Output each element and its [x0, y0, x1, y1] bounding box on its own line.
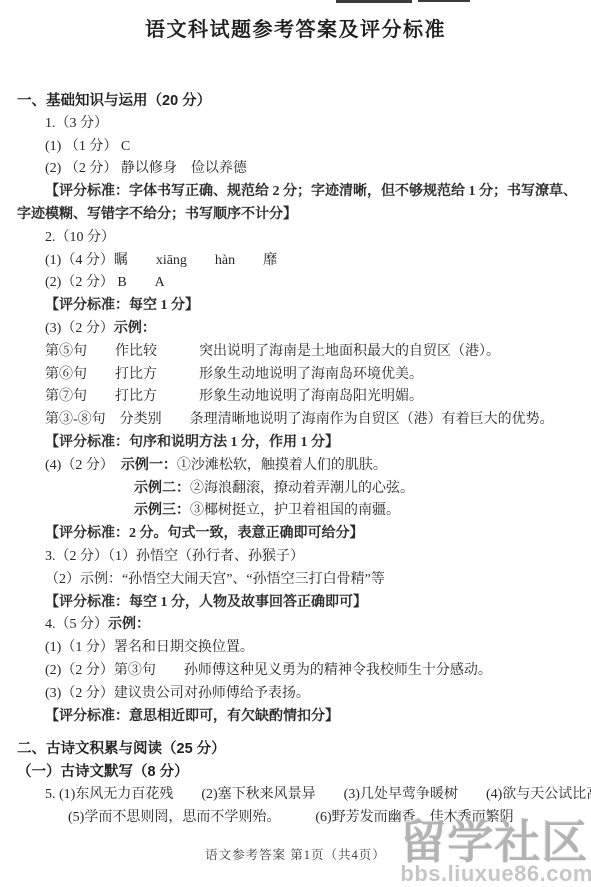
scan-artifact [336, 0, 412, 3]
text-segment-bold: 示例一： [121, 458, 177, 473]
text-segment-bold: 示例： [108, 617, 150, 632]
text-line: 第⑤句 作比较 突出说明了海南是土地面积最大的自贸区（港）。 [0, 341, 591, 364]
scoring-standard: 【评分标准：每空 1 分，人物及故事回答正确即可】 [0, 592, 591, 615]
scoring-standard: 【评分标准：意思相近即可，有欠缺酌情扣分】 [0, 706, 591, 729]
text-line: 3.（2 分）（1）孙悟空（孙行者、孙猴子） [0, 546, 591, 569]
text-segment-bold: 示例： [114, 321, 156, 336]
text-line: 第⑦句 打比方 形象生动地说明了海南岛阳光明媚。 [0, 386, 591, 409]
text-segment: 4.（5 分） [45, 617, 108, 632]
watermark-url: bbs.liuxue86.com [400, 863, 591, 885]
text-line: (1)（1 分）署名和日期交换位置。 [0, 637, 591, 660]
text-segment: ②海浪翻滚，撩动着弄潮儿的心弦。 [190, 481, 414, 496]
text-line: (1) （1 分） C [0, 136, 591, 159]
text-line: 4.（5 分）示例： [0, 614, 591, 637]
text-line: 5. (1)东风无力百花残 (2)塞下秋来风景异 (3)几处早莺争暖树 (4)欲… [0, 784, 591, 807]
text-line: 示例三：③椰树挺立，护卫着祖国的南疆。 [0, 500, 591, 523]
text-line: 示例二：②海浪翻滚，撩动着弄潮儿的心弦。 [0, 478, 591, 501]
page-title: 语文科试题参考答案及评分标准 [0, 0, 591, 42]
text-line: (1)（4 分）瞩 xiāng hàn 靡 [0, 250, 591, 273]
text-line: (2)（2 分） B A [0, 272, 591, 295]
text-segment-bold: 示例二： [134, 481, 190, 496]
page-footer: 语文参考答案 第1页（共4页） [0, 845, 591, 863]
text-segment: ③椰树挺立，护卫着祖国的南疆。 [190, 503, 400, 518]
text-line: 第⑥句 打比方 形象生动地说明了海南岛环境优美。 [0, 364, 591, 387]
scoring-standard: 【评分标准：每空 1 分】 [0, 295, 591, 318]
subsection-heading: （一）古诗文默写（8 分） [0, 761, 591, 784]
text-line: (2) （2 分） 静以修身 俭以养德 [0, 158, 591, 181]
scoring-standard: 【评分标准：字体书写正确、规范给 2 分；字迹清晰，但不够规范给 1 分；书写潦… [0, 181, 591, 204]
section-heading-2: 二、古诗文积累与阅读（25 分） [0, 738, 591, 761]
text-line: 2.（10 分） [0, 227, 591, 250]
text-line: 第③-⑧句 分类别 条理清晰地说明了海南作为自贸区（港）有着巨大的优势。 [0, 409, 591, 432]
document-page: 语文科试题参考答案及评分标准 一、基础知识与运用（20 分） 1.（3 分） (… [0, 0, 591, 887]
text-line: 1.（3 分） [0, 113, 591, 136]
text-line: (2)（2 分）第③句 孙师傅这种见义勇为的精神令我校师生十分感动。 [0, 660, 591, 683]
text-segment: (4)（2 分） [45, 458, 121, 473]
text-segment: (3)（2 分） [45, 321, 114, 336]
text-line: (4)（2 分） 示例一：①沙滩松软，触摸着人们的肌肤。 [0, 455, 591, 478]
scoring-standard: 【评分标准：句序和说明方法 1 分，作用 1 分】 [0, 432, 591, 455]
document-body: 一、基础知识与运用（20 分） 1.（3 分） (1) （1 分） C (2) … [0, 90, 591, 830]
scan-artifact [418, 0, 470, 2]
text-line: (5)学而不思则罔，思而不学则殆。 (6)野芳发而幽香，佳木秀而繁阴 [0, 807, 591, 830]
text-line: (3)（2 分）示例： [0, 318, 591, 341]
text-segment: ①沙滩松软，触摸着人们的肌肤。 [177, 458, 387, 473]
section-heading-1: 一、基础知识与运用（20 分） [0, 90, 591, 113]
text-segment-bold: 示例三： [134, 503, 190, 518]
scoring-standard: 【评分标准：2 分。句式一致，表意正确即可给分】 [0, 523, 591, 546]
text-line: (3)（2 分）建议贵公司对孙师傅给予表扬。 [0, 683, 591, 706]
text-line: （2）示例：“孙悟空大闹天宫”、“孙悟空三打白骨精”等 [0, 569, 591, 592]
scoring-standard: 字迹模糊、写错字不给分；书写顺序不计分】 [0, 204, 591, 227]
